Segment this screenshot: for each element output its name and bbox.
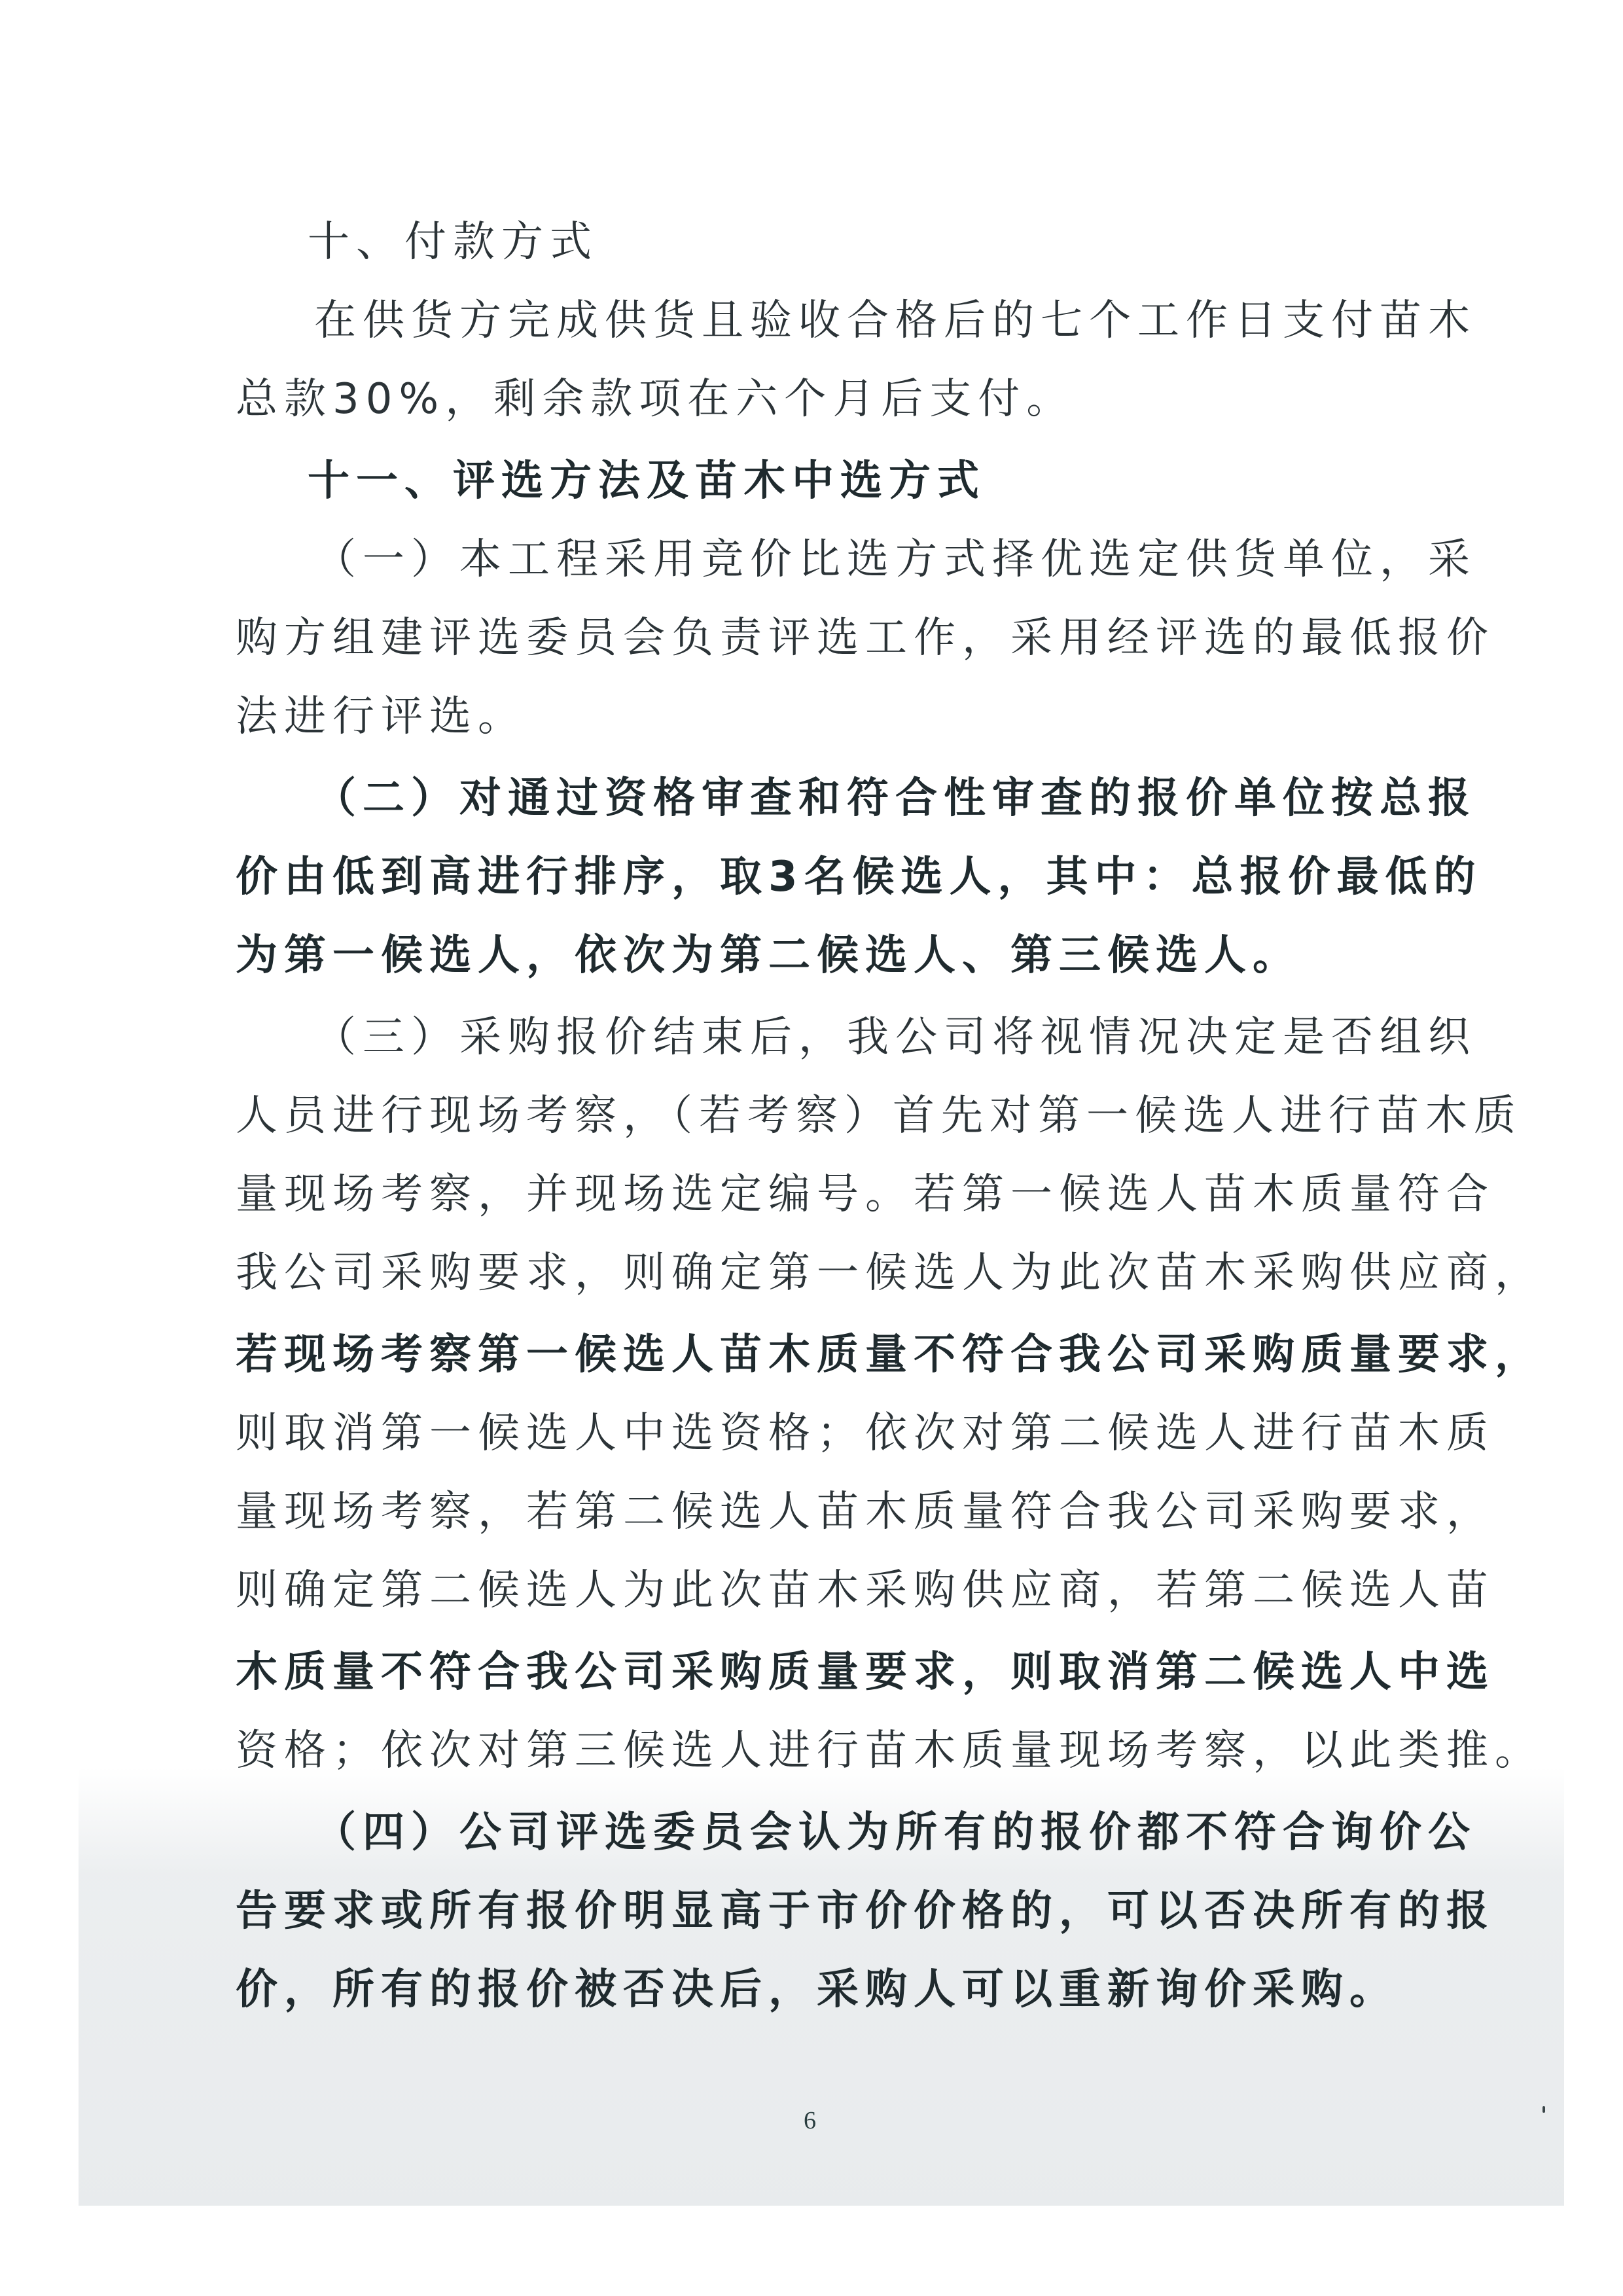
paragraph-line-bold: 木质量不符合我公司采购质量要求，则取消第二候选人中选 xyxy=(236,1646,1495,1698)
paragraph-line: 量现场考察，若第二候选人苗木质量符合我公司采购要求， xyxy=(236,1486,1495,1538)
paragraph-line: 人员进行现场考察，（若考察）首先对第一候选人进行苗木质 xyxy=(236,1090,1522,1142)
scan-artifact xyxy=(1543,2106,1545,2113)
paragraph-line: 在供货方完成供货且验收合格后的七个工作日支付苗木 xyxy=(314,295,1476,347)
paragraph-line-mixed: 资格；依次对第三候选人进行苗木质量现场考察，以此类推。 xyxy=(236,1725,1543,1777)
page-number: 6 xyxy=(804,2106,816,2135)
paragraph-line-bold: 告要求或所有报价明显高于市价价格的，可以否决所有的报 xyxy=(236,1885,1495,1937)
paragraph-line: 我公司采购要求，则确定第一候选人为此次苗木采购供应商， xyxy=(236,1247,1543,1299)
section-heading-selection: 十一、评选方法及苗木中选方式 xyxy=(308,455,986,507)
scanned-page: 十、付款方式 在供货方完成供货且验收合格后的七个工作日支付苗木 总款30%，剩余… xyxy=(0,0,1623,2296)
paragraph-line-bold: 价由低到高进行排序，取3名候选人，其中：总报价最低的 xyxy=(236,851,1482,903)
paragraph-line: （三）采购报价结束后，我公司将视情况决定是否组织 xyxy=(314,1011,1476,1064)
paragraph-line: 法进行评选。 xyxy=(236,691,526,743)
paragraph-line: 量现场考察，并现场选定编号。若第一候选人苗木质量符合 xyxy=(236,1168,1495,1221)
section-heading-payment: 十、付款方式 xyxy=(308,216,598,268)
paragraph-line-bold: （二）对通过资格审查和符合性审查的报价单位按总报 xyxy=(314,772,1476,825)
paragraph-line-bold: （四）公司评选委员会认为所有的报价都不符合询价公 xyxy=(314,1806,1476,1859)
paragraph-line: （一）本工程采用竞价比选方式择优选定供货单位，采 xyxy=(314,533,1476,586)
paragraph-line: 购方组建评选委员会负责评选工作，采用经评选的最低报价 xyxy=(236,612,1495,664)
paragraph-line: 总款30%，剩余款项在六个月后支付。 xyxy=(236,373,1075,425)
paragraph-line-mixed: 则确定第二候选人为此次苗木采购供应商，若第二候选人苗 xyxy=(236,1564,1495,1617)
paragraph-line-bold: 若现场考察第一候选人苗木质量不符合我公司采购质量要求， xyxy=(236,1329,1543,1381)
paragraph-line-bold: 价，所有的报价被否决后，采购人可以重新询价采购。 xyxy=(236,1964,1398,2016)
paragraph-line-bold: 为第一候选人，依次为第二候选人、第三候选人。 xyxy=(236,929,1301,982)
paragraph-line-mixed: 则取消第一候选人中选资格；依次对第二候选人进行苗木质 xyxy=(236,1407,1495,1460)
